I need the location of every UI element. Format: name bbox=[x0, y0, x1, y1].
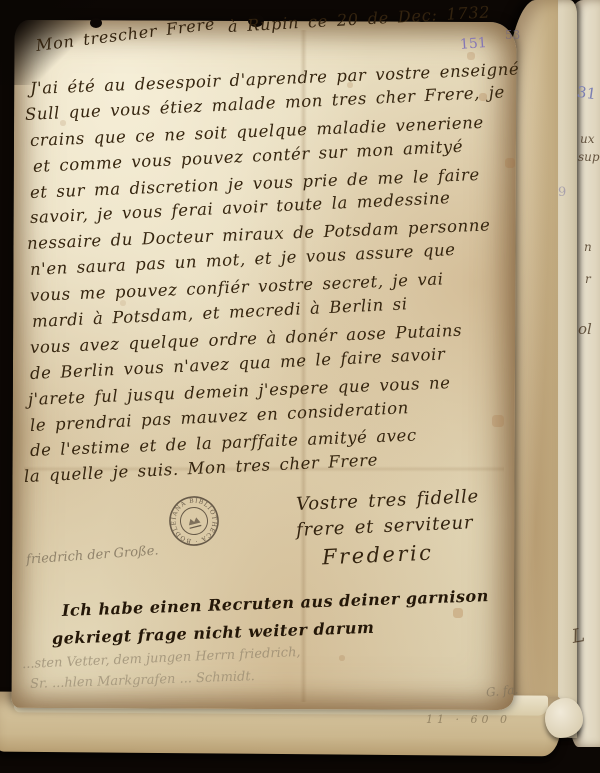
margin-text-fragment: sup bbox=[578, 150, 600, 164]
postscript: Ich habe einen Recruten aus deiner garni… bbox=[62, 597, 489, 653]
margin-text-fragment: n bbox=[584, 240, 592, 254]
signature: Frederic bbox=[322, 541, 434, 570]
archival-letter-photo: Mon trescher Frere à Rupin ce 20 de Dec:… bbox=[0, 0, 600, 773]
margin-number: 31 bbox=[576, 83, 597, 103]
margin-text-fragment: r bbox=[585, 272, 591, 286]
letter-body: J'ai été au desespoir d'aprendre par vos… bbox=[30, 76, 520, 490]
stamp-crown-glyph bbox=[187, 517, 200, 526]
corner-number: 53 bbox=[505, 28, 520, 42]
book-spine bbox=[0, 0, 22, 773]
margin-number: 9 bbox=[558, 185, 566, 200]
margin-text-fragment: ux bbox=[580, 132, 595, 146]
folio-number: 151 bbox=[459, 35, 487, 53]
edge-marks: 11 · 60 0 bbox=[426, 713, 511, 726]
margin-text-fragment: ol bbox=[578, 320, 592, 338]
